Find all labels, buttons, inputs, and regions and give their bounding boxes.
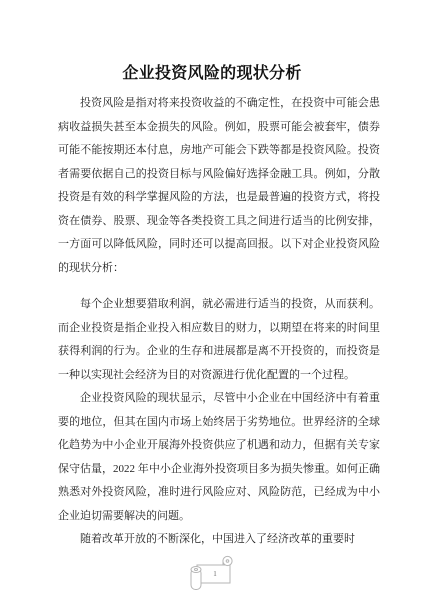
paragraph-investment-risk-intro: 投资风险是指对将来投资收益的不确定性，在投资中可能会患病收益损失甚至本金损失的风… (58, 92, 380, 280)
page-number-scroll-badge: 1 (186, 554, 238, 594)
paragraph-enterprise-investment-definition: 每个企业想要猎取利润，就必需进行适当的投资，从而获利。而企业投资是指企业投入相应… (58, 293, 380, 387)
paragraph-sme-status: 企业投资风险的现状显示，尽管中小企业在中国经济中有着重要的地位，但其在国内市场上… (58, 387, 380, 528)
page-number: 1 (199, 567, 231, 581)
document-body: 投资风险是指对将来投资收益的不确定性，在投资中可能会患病收益损失甚至本金损失的风… (58, 92, 380, 552)
document-title: 企业投资风险的现状分析 (0, 62, 424, 86)
paragraph-reform-opening: 随着改革开放的不断深化，中国进入了经济改革的重要时 (58, 528, 380, 552)
document-page: 企业投资风险的现状分析 投资风险是指对将来投资收益的不确定性，在投资中可能会患病… (0, 0, 424, 600)
page-footer: 1 (0, 554, 424, 594)
